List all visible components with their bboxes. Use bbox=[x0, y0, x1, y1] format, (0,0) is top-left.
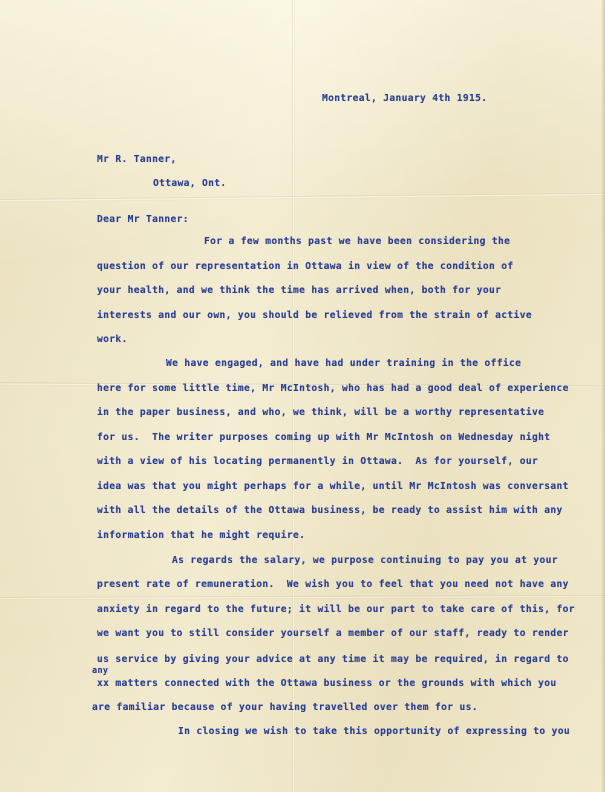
recipient-name: Mr R. Tanner, bbox=[97, 155, 177, 165]
paragraph-2-line: information that he might require. bbox=[97, 531, 305, 541]
paragraph-3-line: we want you to still consider yourself a… bbox=[97, 629, 569, 639]
paragraph-3-line: us service by giving your advice at any … bbox=[97, 655, 569, 665]
paragraph-1-line: For a few months past we have been consi… bbox=[204, 237, 510, 247]
paragraph-3-line: xx matters connected with the Ottawa bus… bbox=[97, 679, 556, 689]
paragraph-2-line: with all the details of the Ottawa busin… bbox=[97, 506, 563, 516]
salutation: Dear Mr Tanner: bbox=[97, 215, 189, 225]
interlinear-insert: any bbox=[92, 667, 108, 676]
paragraph-4-line: In closing we wish to take this opportun… bbox=[178, 727, 570, 737]
paragraph-2-line: with a view of his locating permanently … bbox=[97, 457, 538, 467]
letter-page: Montreal, January 4th 1915. Mr R. Tanner… bbox=[0, 0, 605, 792]
paper-fold-crease bbox=[292, 0, 295, 792]
paragraph-3-line: anxiety in regard to the future; it will… bbox=[97, 605, 575, 615]
paper-fold-crease bbox=[0, 595, 605, 600]
paragraph-2-line: here for some little time, Mr McIntosh, … bbox=[97, 384, 569, 394]
paper-fold-crease bbox=[0, 193, 605, 202]
paragraph-1-line: question of our representation in Ottawa… bbox=[97, 262, 514, 272]
paragraph-3-line: As regards the salary, we purpose contin… bbox=[172, 556, 558, 566]
paragraph-1-line: work. bbox=[97, 335, 128, 345]
paragraph-1-line: interests and our own, you should be rel… bbox=[97, 311, 532, 321]
paragraph-3-line: are familiar because of your having trav… bbox=[92, 703, 478, 713]
paragraph-2-line: We have engaged, and have had under trai… bbox=[166, 359, 521, 369]
recipient-location: Ottawa, Ont. bbox=[153, 179, 227, 189]
dateline: Montreal, January 4th 1915. bbox=[322, 94, 487, 104]
paper-edge bbox=[601, 0, 605, 792]
paragraph-2-line: idea was that you might perhaps for a wh… bbox=[97, 482, 569, 492]
paragraph-1-line: your health, and we think the time has a… bbox=[97, 286, 501, 296]
paragraph-3-line: present rate of remuneration. We wish yo… bbox=[97, 580, 569, 590]
paragraph-2-line: in the paper business, and who, we think… bbox=[97, 408, 544, 418]
paragraph-2-line: for us. The writer purposes coming up wi… bbox=[97, 433, 550, 443]
